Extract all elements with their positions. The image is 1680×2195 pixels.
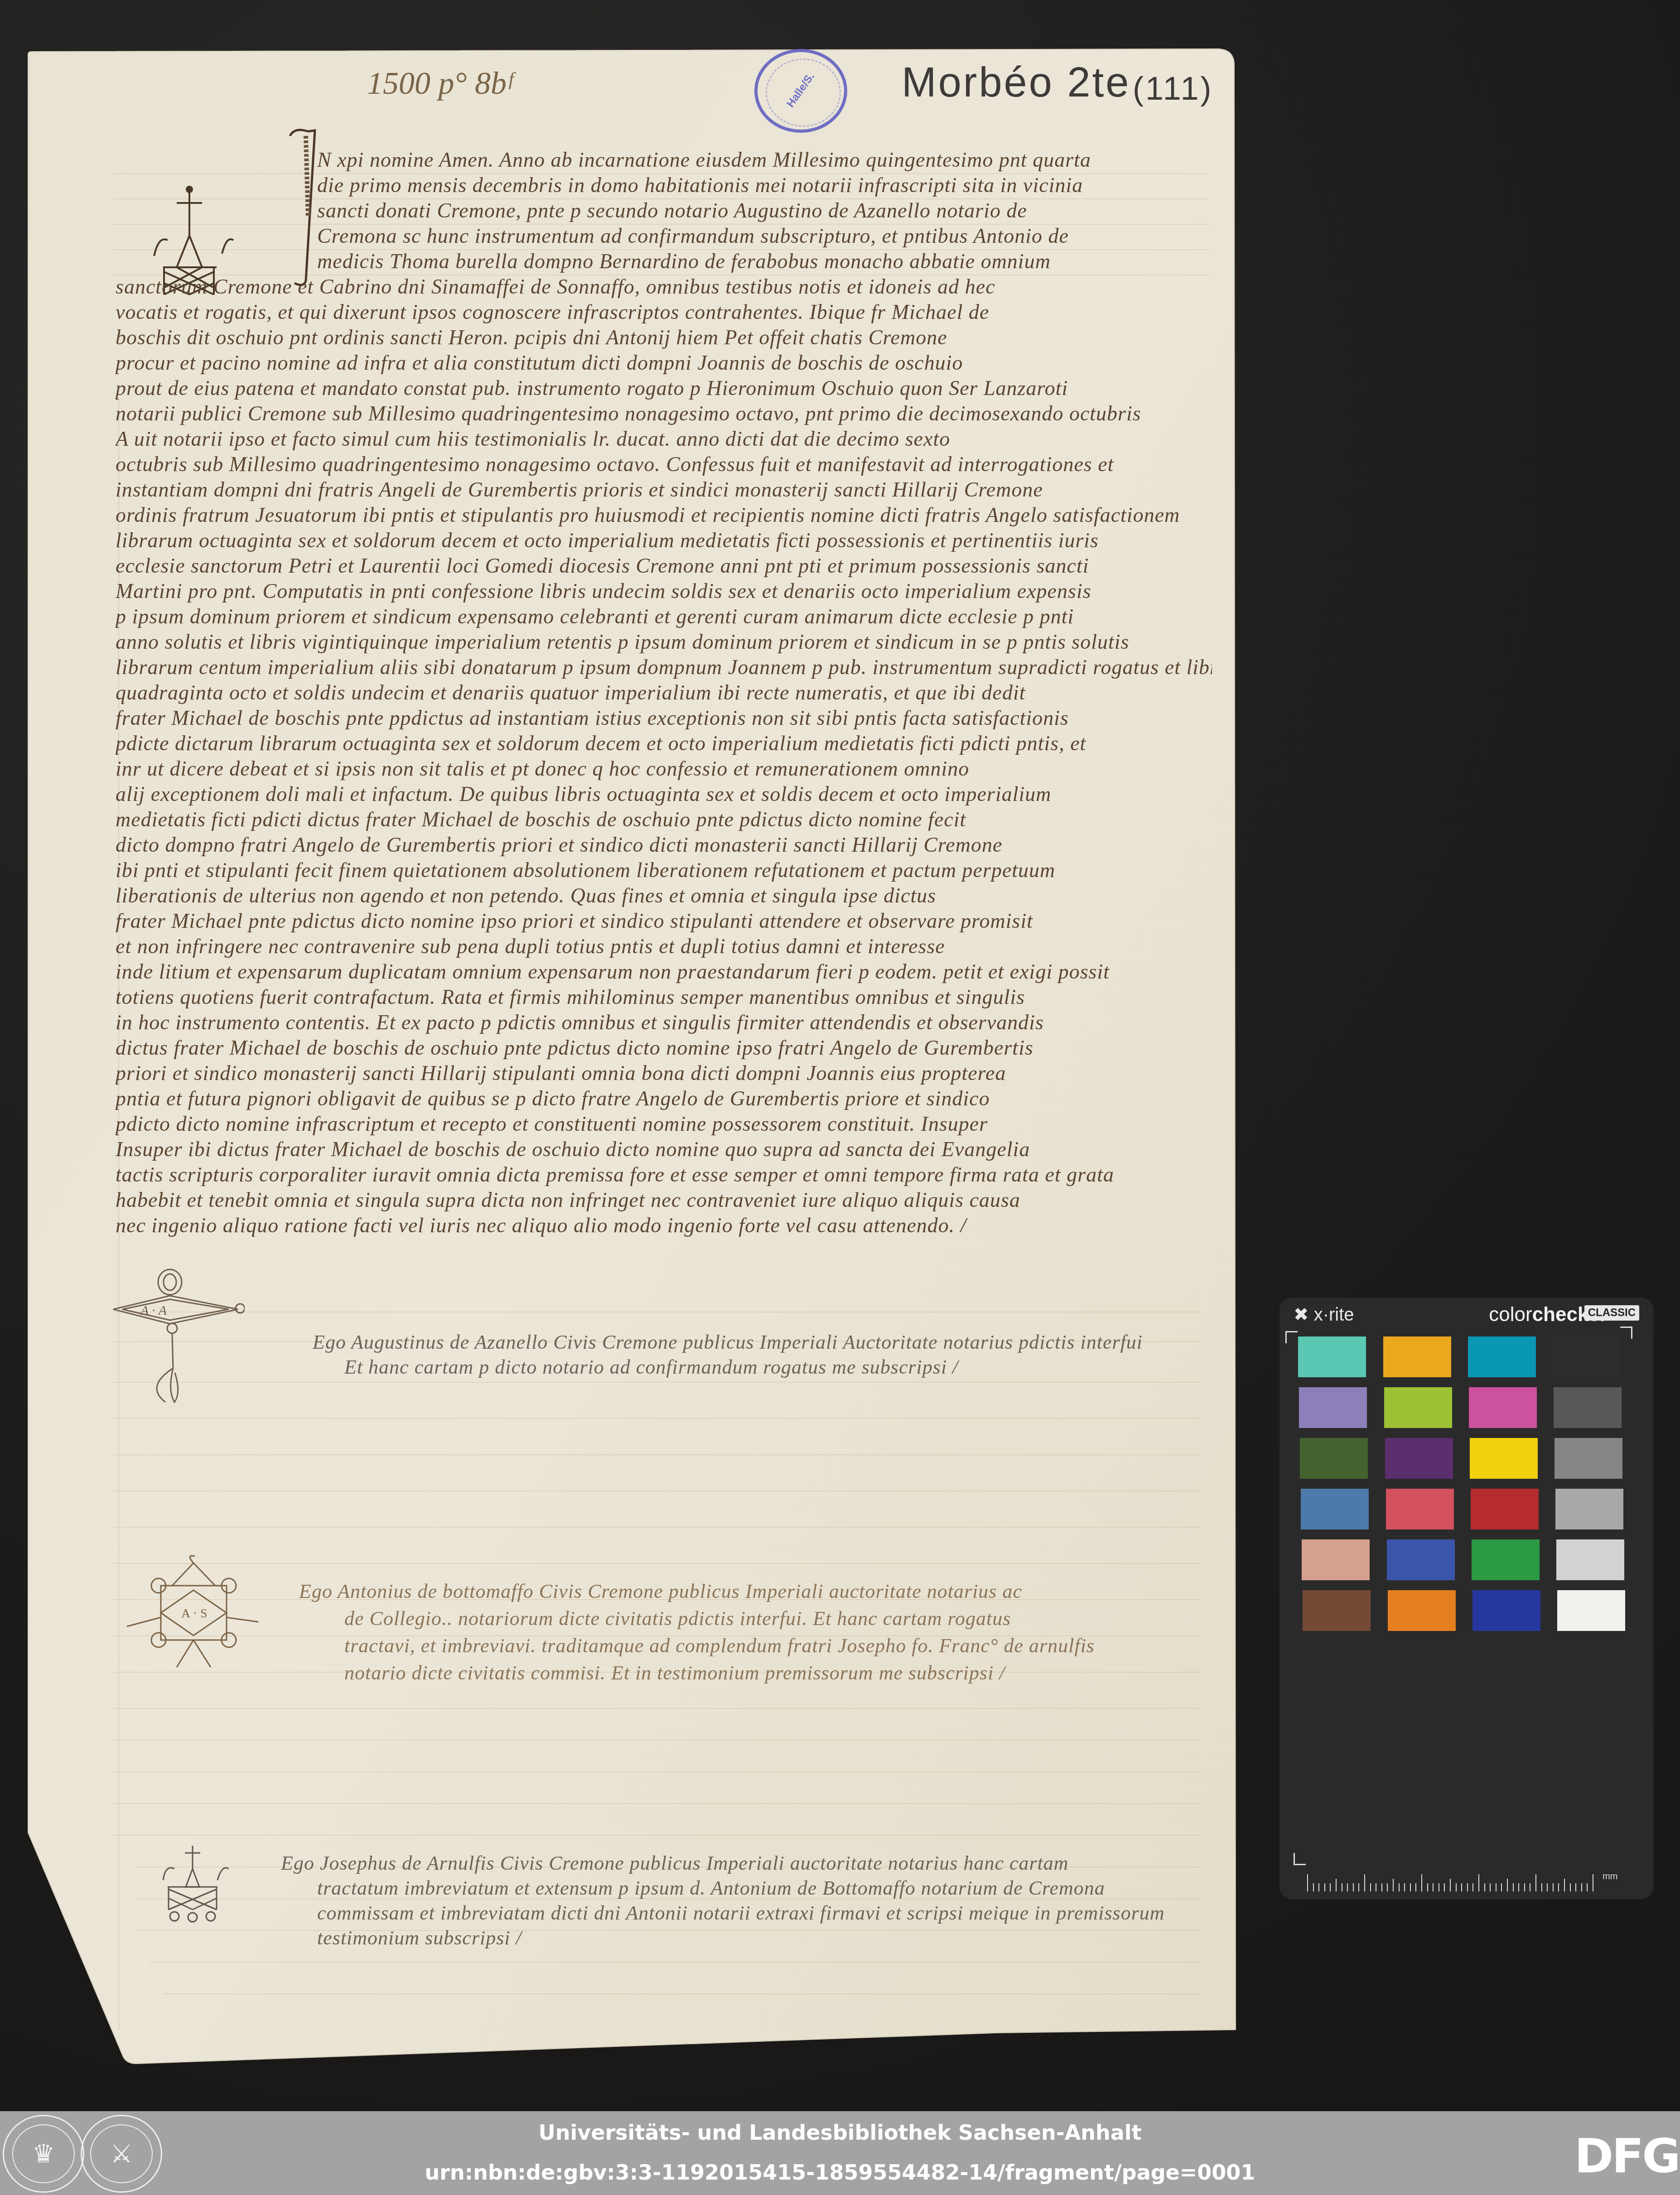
text-line: frater Michael pnte pdictus dicto nomine… xyxy=(116,908,1212,934)
text-line: habebit et tenebit omnia et singula supr… xyxy=(116,1187,1212,1213)
crop-mark xyxy=(1620,1327,1632,1339)
color-patch xyxy=(1556,1539,1624,1580)
text-line: ibi pnti et stipulanti fecit finem quiet… xyxy=(116,858,1212,883)
text-line: dicto dompno fratri Angelo de Guremberti… xyxy=(116,832,1212,858)
color-patch xyxy=(1300,1438,1368,1479)
text-line: boschis dit oschuio pnt ordinis sancti H… xyxy=(116,325,1212,350)
dfg-logo: DFG xyxy=(1574,2128,1679,2184)
text-line: prout de eius patena et mandato constat … xyxy=(116,376,1212,401)
text-line: quadraginta octo et soldis undecim et de… xyxy=(116,680,1212,705)
subscription-line: tractavi, et imbreviavi. traditamque ad … xyxy=(344,1633,1205,1659)
text-line: ordinis fratrum Jesuatorum ibi pntis et … xyxy=(116,502,1212,528)
color-patch xyxy=(1298,1336,1366,1377)
text-line: inde litium et expensarum duplicatam omn… xyxy=(116,959,1212,984)
text-line: instantiam dompni dni fratris Angeli de … xyxy=(116,477,1212,502)
text-line: et non infringere nec contravenire sub p… xyxy=(116,934,1212,959)
text-line: vocatis et rogatis, et qui dixerunt ipso… xyxy=(116,299,1212,325)
text-line: alij exceptionem doli mali et infactum. … xyxy=(116,782,1212,807)
text-line: Insuper ibi dictus frater Michael de bos… xyxy=(116,1137,1212,1162)
color-patch xyxy=(1383,1336,1451,1377)
svg-text:A · A: A · A xyxy=(140,1303,167,1318)
text-line: dictus frater Michael de boschis de osch… xyxy=(116,1035,1212,1061)
urn-identifier: urn:nbn:de:gbv:3:3-1192015415-1859554482… xyxy=(0,2160,1680,2185)
text-line: pntia et futura pignori obligavit de qui… xyxy=(116,1086,1212,1111)
text-line: sanctorum Cremone et Cabrino dni Sinamaf… xyxy=(116,274,1212,299)
color-patch xyxy=(1555,1489,1623,1529)
text-line: A uit notarii ipso et facto simul cum hi… xyxy=(116,426,1212,452)
institution-name: Universitäts- und Landesbibliothek Sachs… xyxy=(0,2120,1680,2145)
color-patch xyxy=(1472,1539,1540,1580)
text-line: medicis Thoma burella dompno Bernardino … xyxy=(317,249,1214,274)
color-patch xyxy=(1471,1489,1539,1529)
color-patch xyxy=(1301,1489,1369,1529)
color-patch xyxy=(1554,1387,1622,1428)
decorated-initial-icon xyxy=(281,127,322,290)
text-line: totiens quotiens fuerit contrafactum. Ra… xyxy=(116,984,1212,1010)
text-line: tactis scripturis corporaliter iuravit o… xyxy=(116,1162,1212,1187)
color-patch xyxy=(1385,1438,1453,1479)
classic-badge: CLASSIC xyxy=(1584,1305,1639,1321)
text-line: priori et sindico monasterij sancti Hill… xyxy=(116,1061,1212,1086)
color-patch xyxy=(1303,1590,1371,1631)
svg-text:A · S: A · S xyxy=(181,1606,208,1621)
ruler-unit: mm xyxy=(1603,1872,1617,1882)
color-patch xyxy=(1469,1387,1537,1428)
text-line: pdicto dicto nomine infrascriptum et rec… xyxy=(116,1111,1212,1137)
text-line: p ipsum dominum priorem et sindicum expe… xyxy=(116,604,1212,629)
xrite-logo: ✖ x·rite xyxy=(1294,1304,1354,1325)
notarial-sign-crown-icon xyxy=(150,1844,240,1925)
color-patch xyxy=(1387,1539,1455,1580)
text-line: procur et pacino nomine ad infra et alia… xyxy=(116,350,1212,376)
subscription-line: Et hanc cartam p dicto notario ad confir… xyxy=(344,1355,1205,1380)
text-line: N xpi nomine Amen. Anno ab incarnatione … xyxy=(317,147,1214,173)
text-line: die primo mensis decembris in domo habit… xyxy=(317,173,1214,198)
xrite-icon: ✖ xyxy=(1294,1305,1309,1325)
subscription-line: Ego Josephus de Arnulfis Civis Cremone p… xyxy=(281,1851,1196,1876)
subscription-line: de Collegio.. notariorum dicte civitatis… xyxy=(344,1606,1205,1631)
crop-mark xyxy=(1285,1331,1298,1343)
notarial-sign-as-icon: A · S xyxy=(118,1554,263,1672)
text-line: octubris sub Millesimo quadringentesimo … xyxy=(116,452,1212,477)
text-line: notarii publici Cremone sub Millesimo qu… xyxy=(116,401,1212,426)
crop-mark xyxy=(1294,1853,1306,1865)
subscription-line: notario dicte civitatis commisi. Et in t… xyxy=(344,1660,1205,1686)
date-annotation: 1500 p° 8bᶠ xyxy=(367,66,512,102)
text-line: in hoc instrumento contentis. Et ex pact… xyxy=(116,1010,1212,1035)
subscription-line: Ego Antonius de bottomaffo Civis Cremone… xyxy=(299,1579,1196,1604)
library-stamp: Halle/S. xyxy=(754,49,847,133)
subscription-line: tractatum imbreviatum et extensum p ipsu… xyxy=(317,1876,1196,1901)
text-line: inr ut dicere debeat et si ipsis non sit… xyxy=(116,756,1212,782)
subscription-line: testimonium subscripsi / xyxy=(317,1925,770,1951)
text-line: Cremona sc hunc instrumentum ad confirma… xyxy=(317,223,1214,249)
text-line: frater Michael de boschis pnte ppdictus … xyxy=(116,705,1212,731)
text-line: pdicte dictarum librarum octuaginta sex … xyxy=(116,731,1212,756)
text-line: nec ingenio aliquo ratione facti vel iur… xyxy=(116,1213,1212,1238)
color-patch xyxy=(1554,1438,1622,1479)
color-patch xyxy=(1557,1590,1625,1631)
color-patch xyxy=(1299,1387,1367,1428)
shelfmark-pencil: Morbéo 2te xyxy=(902,59,1130,106)
text-line: medietatis ficti pdicti dictus frater Mi… xyxy=(116,807,1212,832)
color-patch xyxy=(1388,1590,1456,1631)
text-line: anno solutis et libris vigintiquinque im… xyxy=(116,629,1212,655)
color-patch xyxy=(1384,1387,1452,1428)
color-patch xyxy=(1553,1336,1621,1377)
scan-background: 1500 p° 8bᶠ Halle/S. Morbéo 2te (111) N … xyxy=(0,0,1680,2111)
color-patch xyxy=(1386,1489,1454,1529)
color-patch xyxy=(1472,1590,1540,1631)
colorchecker-card: ✖ x·rite colorchecker CLASSIC mm xyxy=(1280,1298,1653,1899)
text-line: librarum octuaginta sex et soldorum dece… xyxy=(116,528,1212,553)
mm-ruler xyxy=(1307,1873,1597,1891)
shelfmark-number: (111) xyxy=(1133,70,1213,107)
text-line: sancti donati Cremone, pnte p secundo no… xyxy=(317,198,1214,223)
color-patch xyxy=(1468,1336,1536,1377)
subscription-line: commissam et imbreviatam dicti dni Anton… xyxy=(317,1901,1196,1926)
subscription-line: Ego Augustinus de Azanello Civis Cremone… xyxy=(313,1330,1210,1355)
color-patch xyxy=(1302,1539,1370,1580)
text-line: librarum centum imperialium aliis sibi d… xyxy=(116,655,1212,680)
footer-bar: ♛ ⚔ Universitäts- und Landesbibliothek S… xyxy=(0,2111,1680,2195)
text-line: ecclesie sanctorum Petri et Laurentii lo… xyxy=(116,553,1212,579)
color-patch xyxy=(1470,1438,1538,1479)
text-line: Martini pro pnt. Computatis in pnti conf… xyxy=(116,579,1212,604)
notarial-sign-diamond-icon: A · A xyxy=(109,1264,245,1409)
text-line: liberationis de ulterius non agendo et n… xyxy=(116,883,1212,908)
